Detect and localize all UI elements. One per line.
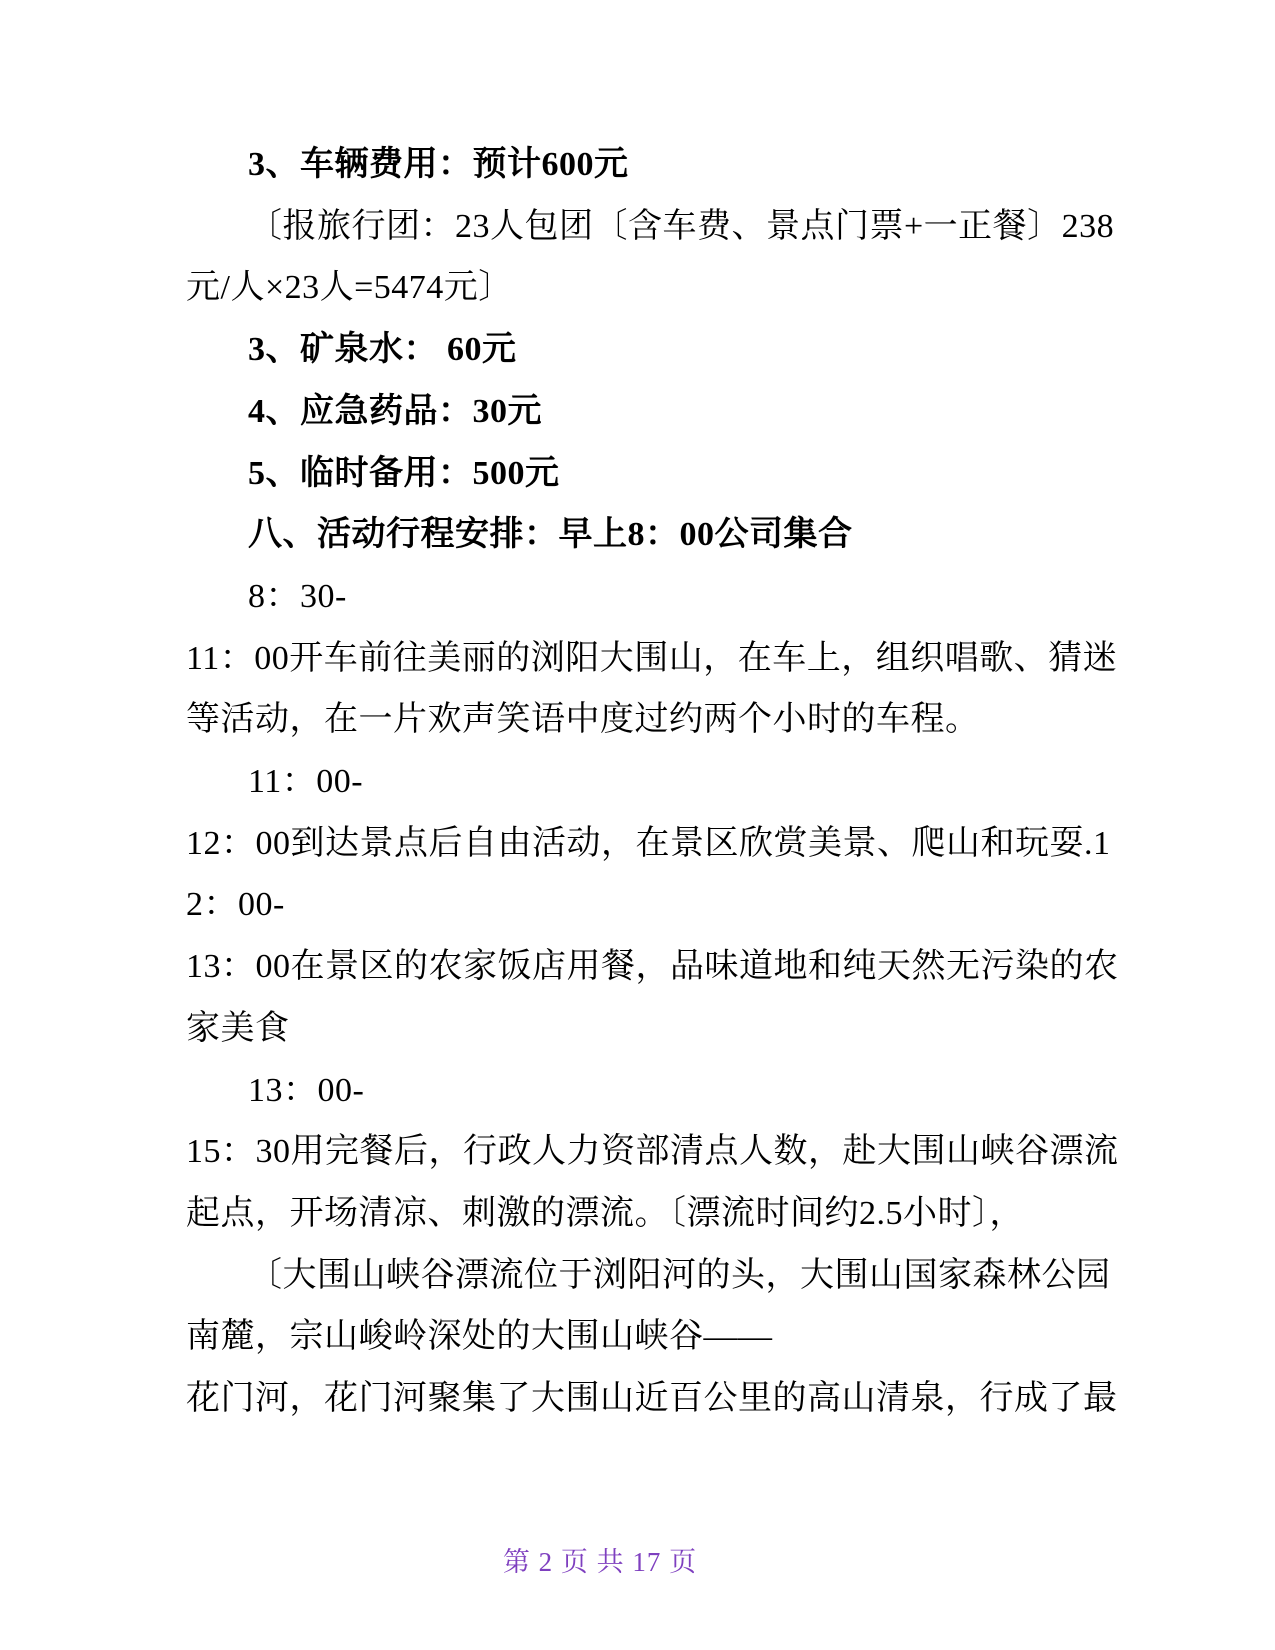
document-body: 3、车辆费用：预计600元〔报旅行团：23人包团〔含车费、景点门票+一正餐〕23…: [186, 134, 1186, 1430]
text-line: 等活动，在一片欢声笑语中度过约两个小时的车程。: [186, 689, 1186, 751]
text-line: 11：00-: [186, 751, 1186, 813]
text-line: 〔报旅行团：23人包团〔含车费、景点门票+一正餐〕238: [186, 196, 1186, 258]
heading-line: 3、车辆费用：预计600元: [186, 134, 1186, 196]
document-page: 3、车辆费用：预计600元〔报旅行团：23人包团〔含车费、景点门票+一正餐〕23…: [0, 0, 1275, 1650]
heading-line: 5、临时备用：500元: [186, 443, 1186, 505]
text-line: 花门河，花门河聚集了大围山近百公里的高山清泉，行成了最: [186, 1368, 1186, 1430]
heading-line: 八、活动行程安排：早上8：00公司集合: [186, 504, 1186, 566]
text-line: 8：30-: [186, 566, 1186, 628]
text-line: 起点，开场清凉、刺激的漂流。〔漂流时间约2.5小时〕，: [186, 1183, 1186, 1245]
text-line: 南麓，宗山峻岭深处的大围山峡谷——: [186, 1306, 1186, 1368]
text-line: 元/人×23人=5474元〕: [186, 257, 1186, 319]
heading-line: 3、矿泉水： 60元: [186, 319, 1186, 381]
text-line: 13：00-: [186, 1060, 1186, 1122]
text-line: 家美食: [186, 998, 1186, 1060]
text-line: 15：30用完餐后，行政人力资部清点人数，赴大围山峡谷漂流: [186, 1121, 1186, 1183]
page-number-label: 第 2 页 共 17 页: [503, 1547, 697, 1577]
text-line: 2：00-: [186, 874, 1186, 936]
page-footer: 第 2 页 共 17 页: [0, 1540, 1200, 1579]
text-line: 〔大围山峡谷漂流位于浏阳河的头，大围山国家森林公园: [186, 1245, 1186, 1307]
text-line: 12：00到达景点后自由活动，在景区欣赏美景、爬山和玩耍.1: [186, 813, 1186, 875]
text-line: 11：00开车前往美丽的浏阳大围山，在车上，组织唱歌、猜迷: [186, 628, 1186, 690]
text-line: 13：00在景区的农家饭店用餐，品味道地和纯天然无污染的农: [186, 936, 1186, 998]
heading-line: 4、应急药品：30元: [186, 381, 1186, 443]
